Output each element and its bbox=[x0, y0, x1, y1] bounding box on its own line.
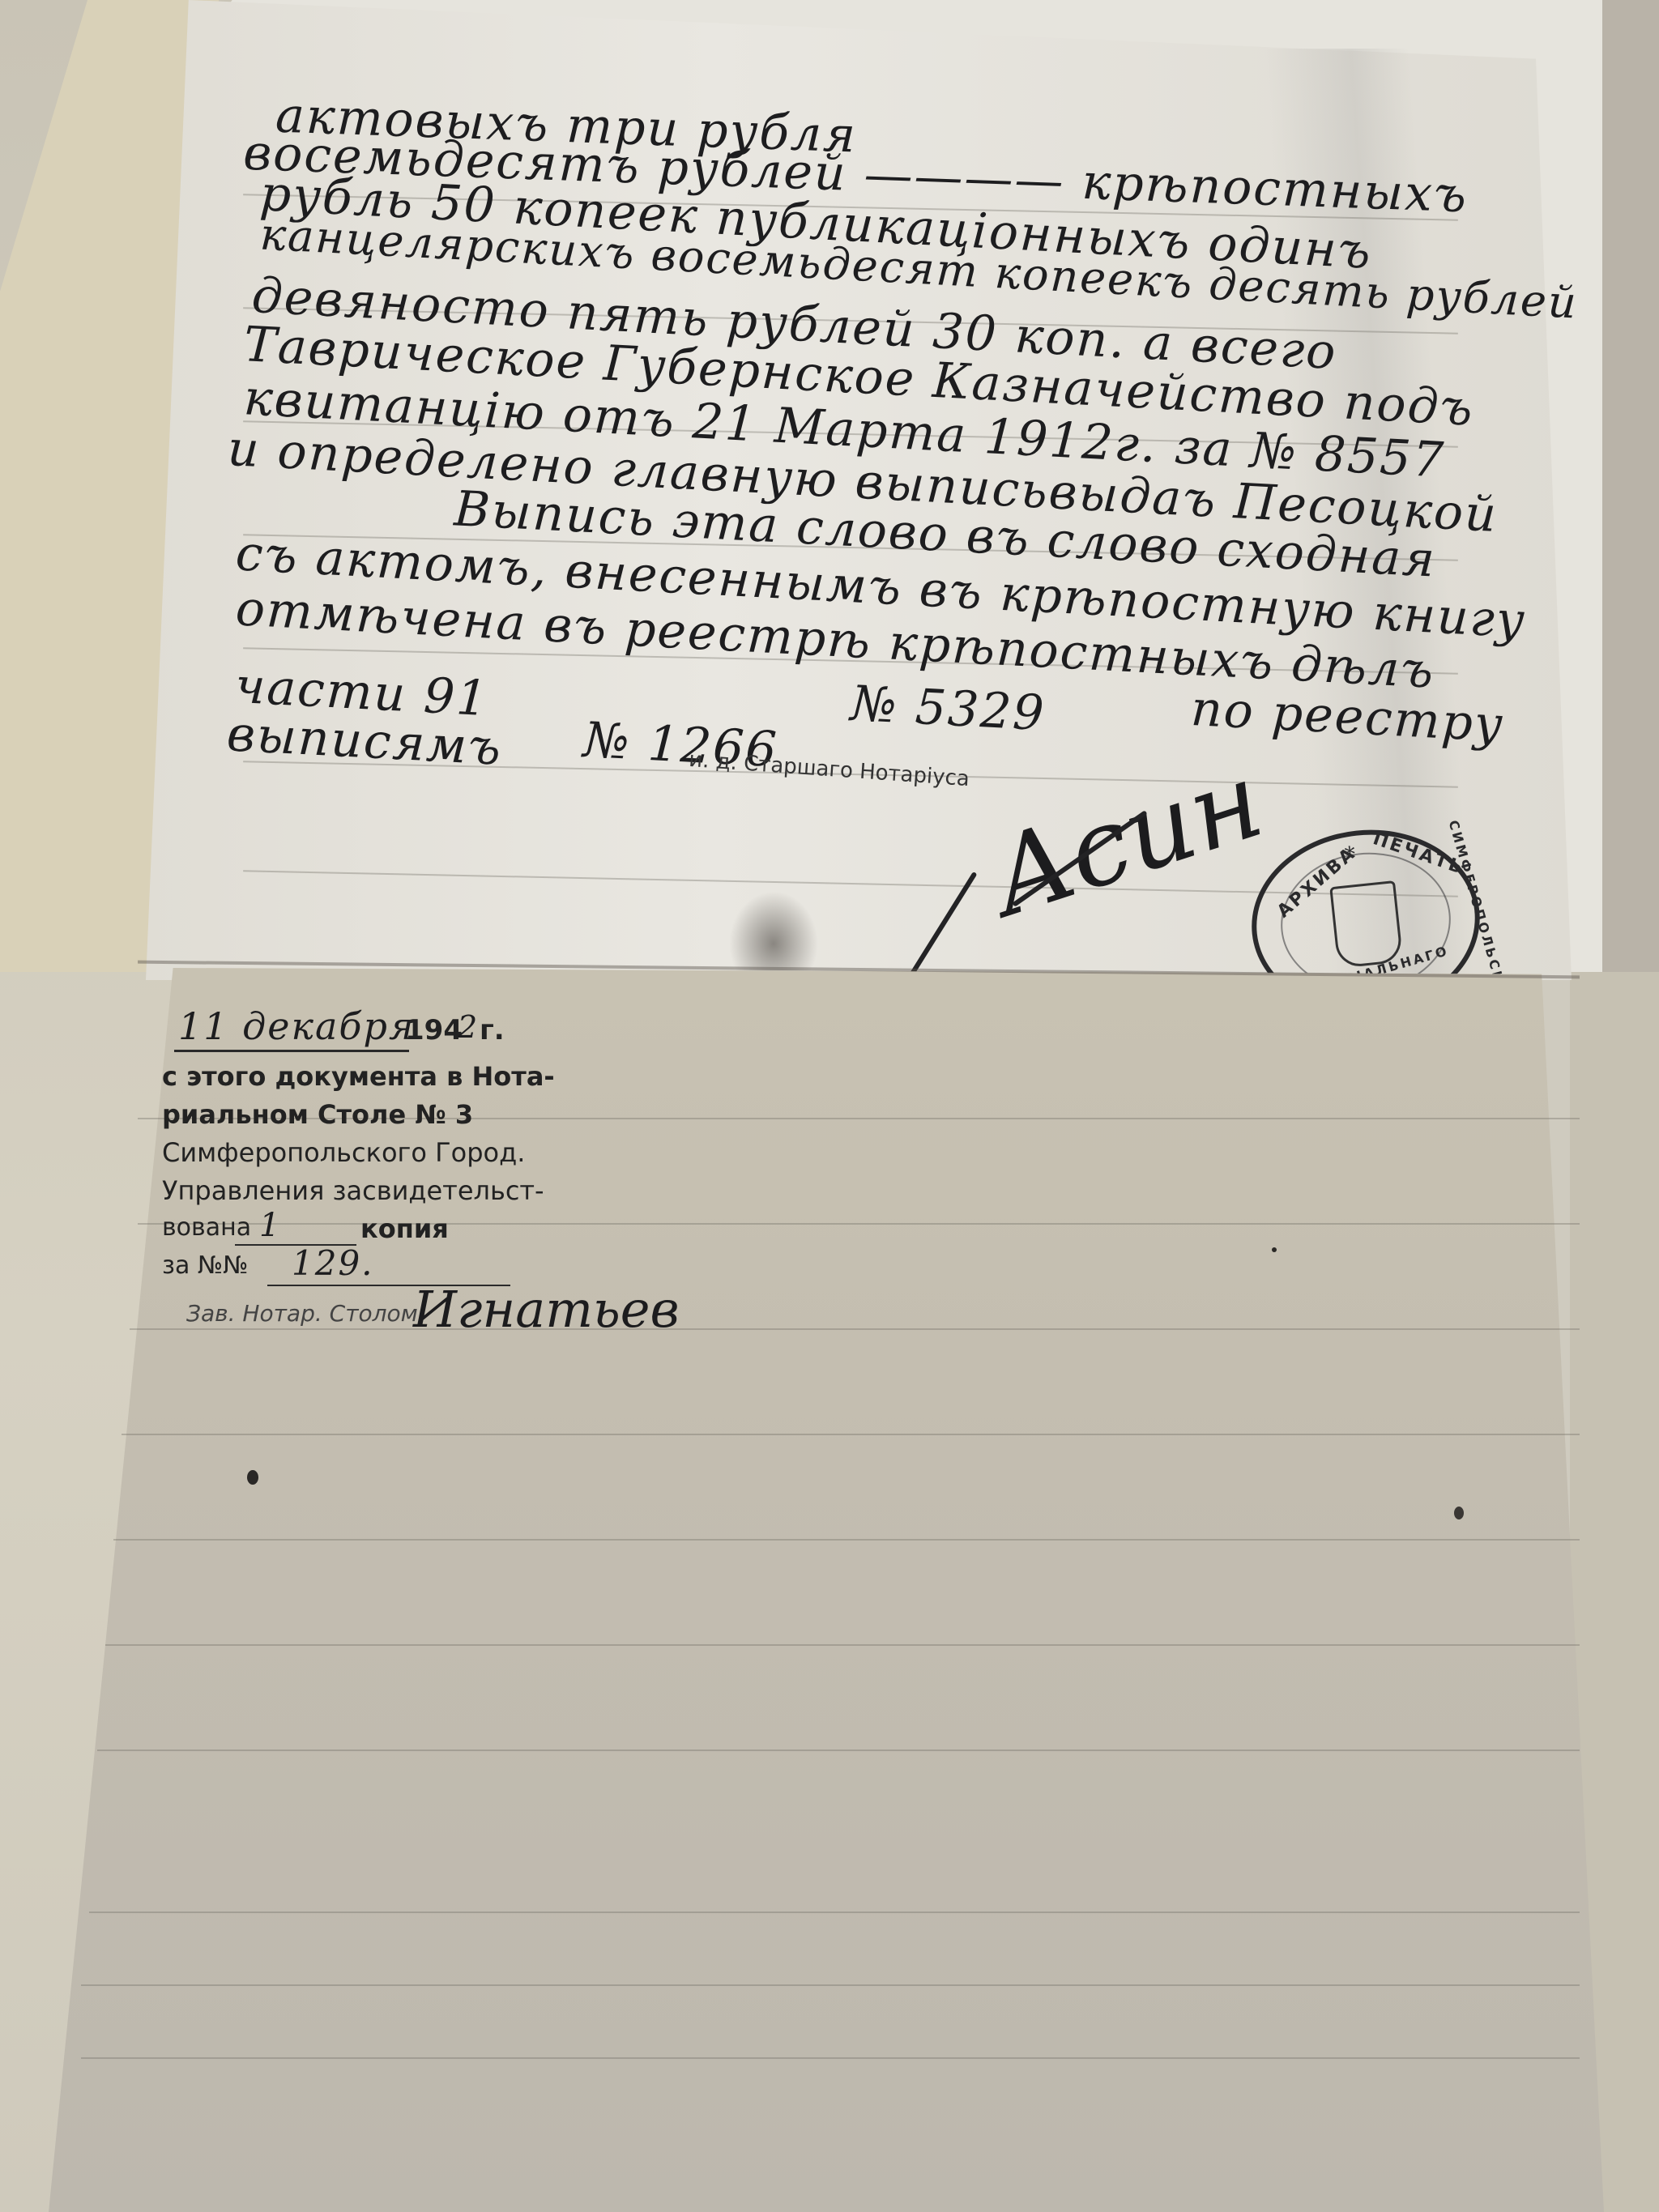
certification-date: 11 декабря bbox=[178, 1004, 415, 1048]
ruled-line bbox=[122, 1434, 1580, 1435]
signatory-signature: Игнатьев bbox=[413, 1280, 680, 1339]
certification-block: 11 декабря 194 2 г. с этого документа в … bbox=[162, 1004, 729, 1345]
date-underline bbox=[174, 1050, 409, 1052]
certification-line-3: Симферопольского Город. bbox=[162, 1137, 525, 1168]
year-printed: 194 bbox=[405, 1014, 463, 1046]
ink-dot bbox=[1454, 1507, 1464, 1519]
ruled-line bbox=[81, 2057, 1580, 2059]
year-suffix: г. bbox=[480, 1014, 505, 1046]
ruled-line bbox=[81, 1984, 1580, 1986]
copies-count: 1 bbox=[259, 1207, 281, 1244]
copies-prefix: вована bbox=[162, 1213, 251, 1242]
year-handwritten-digit: 2 bbox=[458, 1009, 479, 1045]
seal-emblem-icon bbox=[1329, 880, 1403, 969]
ruled-line bbox=[113, 1539, 1580, 1541]
signatory-title: Зав. Нотар. Столом bbox=[186, 1300, 418, 1327]
certification-line-2: риальном Столе № 3 bbox=[162, 1099, 473, 1130]
ink-dot bbox=[1272, 1247, 1277, 1252]
wood-edge bbox=[1602, 0, 1659, 972]
certification-line-4: Управления засвидетельст- bbox=[162, 1175, 544, 1206]
handwritten-register-number: № 5329 bbox=[849, 676, 1047, 742]
ruled-line bbox=[105, 1644, 1580, 1646]
ink-dot bbox=[247, 1470, 258, 1485]
copies-suffix: копия bbox=[360, 1213, 449, 1244]
certification-number: 129. bbox=[292, 1243, 374, 1283]
number-prefix: за №№ bbox=[162, 1251, 248, 1280]
certification-line-1: с этого документа в Нота- bbox=[162, 1061, 555, 1092]
ruled-line bbox=[89, 1912, 1580, 1913]
ruled-line bbox=[97, 1750, 1580, 1751]
